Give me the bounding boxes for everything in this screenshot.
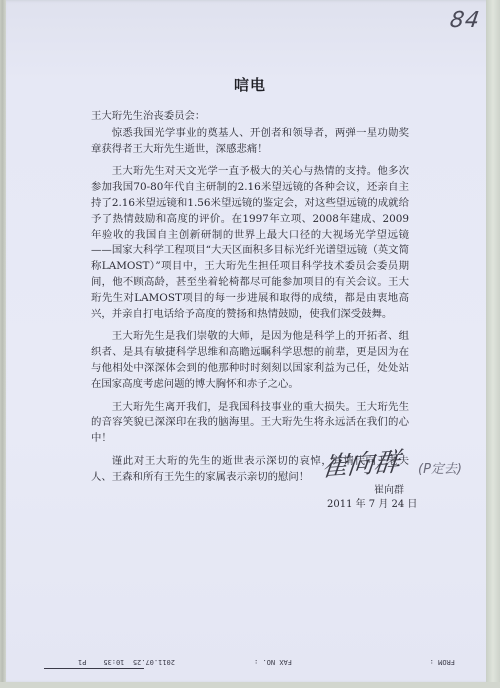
handwritten-signature: 崔向群	[320, 441, 402, 484]
letter-body: 王大珩先生治丧委员会： 惊悉我国光学事业的奠基人、开创者和领导者，两弹一星功勋奖…	[91, 109, 409, 493]
paragraph-condolence-opening: 惊悉我国光学事业的奠基人、开创者和领导者，两弹一星功勋奖章获得者王大珩先生逝世，…	[91, 126, 409, 158]
scan-right-edge	[486, 0, 500, 688]
paragraph-respect: 王大珩先生是我们崇敬的大师，是因为他是科学上的开拓者、组织者、是具有敏捷科学思维…	[91, 329, 409, 392]
letter-date: 2011 年 7 月 24 日	[327, 495, 417, 510]
scan-bottom-edge	[0, 682, 500, 688]
fax-number-label: FAX NO. :	[254, 658, 292, 666]
handwritten-page-number: 84	[448, 8, 482, 33]
fax-underline	[44, 668, 144, 669]
document-title: 唁电	[0, 74, 500, 95]
handwritten-signature-note: (P定去)	[418, 458, 462, 477]
paragraph-loss: 王大珩先生离开我们，是我国科技事业的重大损失。王大珩先生的音容笑貌已深深印在我的…	[91, 400, 409, 447]
salutation: 王大珩先生治丧委员会：	[91, 109, 409, 125]
fax-from-label: FROM :	[430, 658, 455, 666]
fax-timestamp: 2011.07.25 10:35 P1	[78, 658, 175, 666]
fax-header-strip: FROM : FAX NO. : 2011.07.25 10:35 P1	[20, 654, 470, 666]
paragraph-astronomy-support: 王大珩先生对天文光学一直予极大的关心与热情的支持。他多次参加我国70-80年代自…	[91, 164, 409, 322]
sender-printed-name: 崔向群	[374, 481, 404, 496]
